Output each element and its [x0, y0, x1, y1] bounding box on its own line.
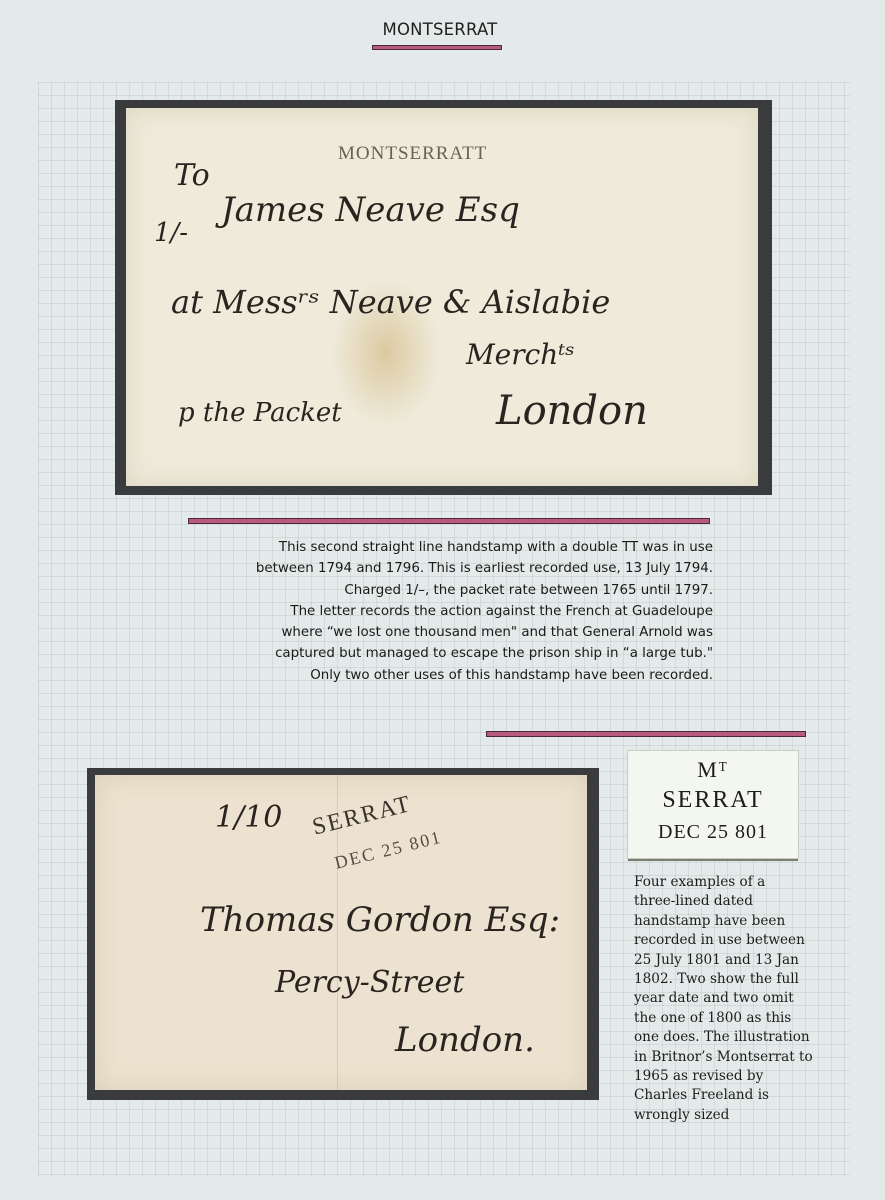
caption-2-line: year date and two omit [634, 989, 834, 1008]
caption-2-line: 25 July 1801 and 13 Jan [634, 951, 834, 970]
caption-1-line: The letter records the action against th… [195, 601, 713, 622]
cover-1-entire-letter: MONTSERRATT To 1/- James Neave Esq at Me… [126, 108, 758, 486]
caption-1-line: captured but managed to escape the priso… [195, 643, 713, 664]
album-page: MONTSERRAT MONTSERRATT To 1/- James Neav… [0, 0, 885, 1200]
caption-2-line: recorded in use between [634, 931, 834, 950]
caption-1-line: where “we lost one thousand men" and tha… [195, 622, 713, 643]
caption-2-line: three-lined dated [634, 892, 834, 911]
cover-1-description: This second straight line handstamp with… [195, 537, 713, 686]
caption-2-line: in Britnor’s Montserrat to [634, 1048, 834, 1067]
caption-2-line: 1802. Two show the full [634, 970, 834, 989]
illustration-line-3: DEC 25 801 [628, 821, 798, 844]
cover-2-description: Four examples of a three-lined dated han… [634, 873, 834, 1125]
cover-2-handstamp-line-2: SERRAT [310, 791, 415, 842]
caption-1-line: between 1794 and 1796. This is earliest … [195, 558, 713, 579]
cover-2-addressee: Thomas Gordon Esq: [200, 900, 560, 940]
cover-1-rate: 1/- [154, 218, 188, 248]
title-underline [372, 45, 502, 50]
caption-1-line: This second straight line handstamp with… [195, 537, 713, 558]
caption-2-line: one does. The illustration [634, 1028, 834, 1047]
cover-2-rate: 1/10 [215, 800, 282, 835]
caption-2-line: 1965 as revised by [634, 1067, 834, 1086]
caption-2-line: handstamp have been [634, 912, 834, 931]
divider-2 [486, 731, 806, 737]
cover-1-handstamp: MONTSERRATT [338, 143, 487, 165]
cover-1-to: To [174, 158, 210, 193]
page-title: MONTSERRAT [330, 20, 550, 39]
cover-2-street: Percy-Street [275, 965, 464, 1000]
divider-1 [188, 518, 710, 524]
cover-1-firm: at Messʳˢ Neave & Aislabie [171, 283, 610, 321]
handstamp-illustration: Mᵀ SERRAT DEC 25 801 [627, 750, 799, 859]
illustration-line-1: Mᵀ [628, 757, 798, 783]
caption-1-line: Charged 1/–, the packet rate between 176… [195, 580, 713, 601]
cover-1-merchants: Merchᵗˢ [466, 338, 575, 371]
illustration-line-2: SERRAT [628, 787, 798, 814]
cover-2-handstamp-line-3: DEC 25 801 [332, 827, 444, 874]
cover-2-entire-letter: 1/10 SERRAT DEC 25 801 Thomas Gordon Esq… [95, 775, 587, 1090]
caption-2-line: Four examples of a [634, 873, 834, 892]
caption-2-line: wrongly sized [634, 1106, 834, 1125]
caption-2-line: the one of 1800 as this [634, 1009, 834, 1028]
cover-2-city: London. [395, 1020, 535, 1060]
cover-1-addressee: James Neave Esq [221, 190, 520, 230]
caption-1-line: Only two other uses of this handstamp ha… [195, 665, 713, 686]
cover-1-route: p the Packet [178, 398, 342, 428]
caption-2-line: Charles Freeland is [634, 1086, 834, 1105]
cover-1-city: London [496, 388, 648, 434]
